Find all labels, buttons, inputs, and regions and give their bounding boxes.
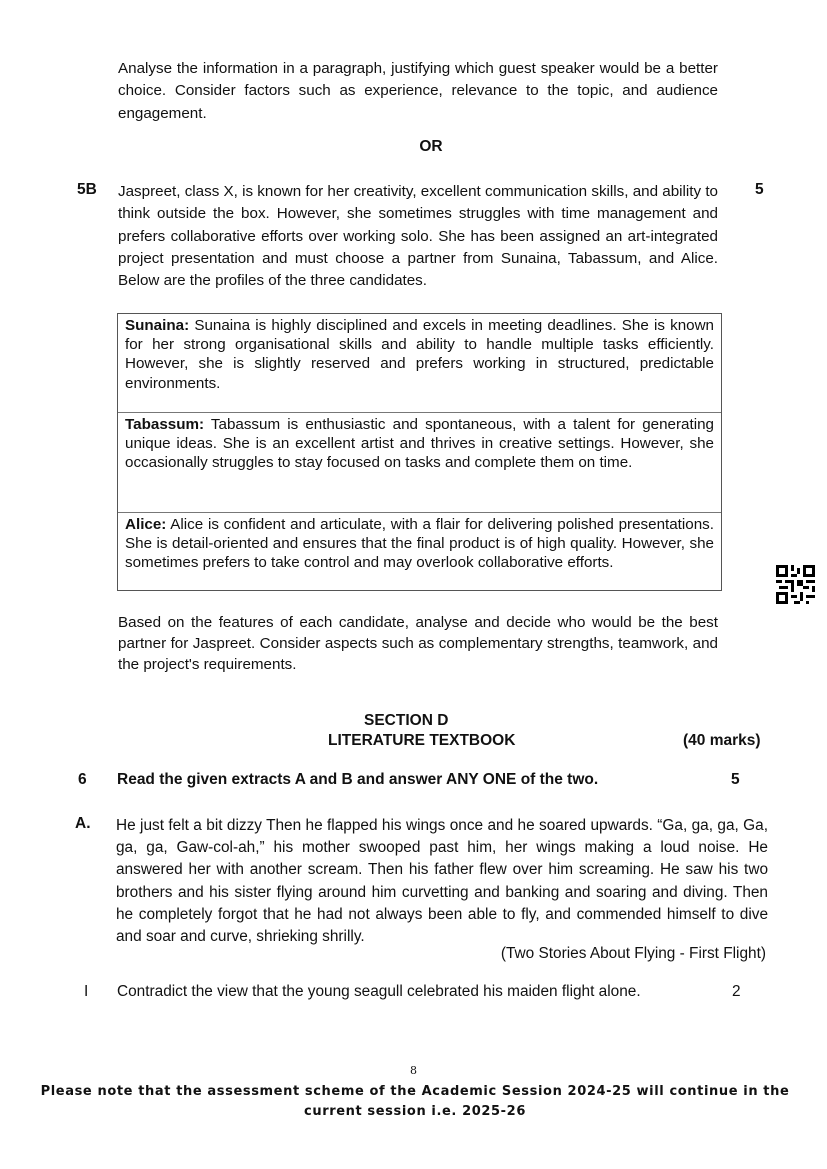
question-marks: 5 — [731, 771, 740, 789]
profile-tabassum: Tabassum: Tabassum is enthusiastic and s… — [118, 413, 721, 513]
profile-description: Tabassum is enthusiastic and spontaneous… — [125, 416, 714, 471]
extract-label: A. — [75, 815, 91, 833]
profile-description: Sunaina is highly disciplined and excels… — [125, 317, 714, 392]
or-separator: OR — [0, 138, 827, 156]
question-text: Jaspreet, class X, is known for her crea… — [118, 181, 718, 292]
extract-text: He just felt a bit dizzy Then he flapped… — [116, 815, 768, 948]
question-text: Read the given extracts A and B and answ… — [117, 771, 598, 789]
profile-sunaina: Sunaina: Sunaina is highly disciplined a… — [118, 314, 721, 413]
section-title: SECTION D — [364, 712, 448, 730]
page-number: 8 — [0, 1064, 827, 1077]
sub-question-number: I — [84, 983, 88, 1001]
extract-source: (Two Stories About Flying - First Flight… — [400, 945, 766, 963]
profile-alice: Alice: Alice is confident and articulate… — [118, 513, 721, 590]
question-conclusion: Based on the features of each candidate,… — [118, 612, 718, 675]
question-number: 6 — [78, 771, 87, 789]
sub-question-marks: 2 — [732, 983, 741, 1001]
profile-name: Tabassum: — [125, 416, 204, 433]
sub-question-text: Contradict the view that the young seagu… — [117, 983, 641, 1001]
intro-paragraph: Analyse the information in a paragraph, … — [118, 58, 718, 125]
question-number: 5B — [77, 181, 97, 199]
qr-code-icon[interactable] — [776, 565, 815, 604]
section-subtitle: LITERATURE TEXTBOOK — [328, 732, 515, 750]
section-marks: (40 marks) — [683, 732, 761, 750]
profile-description: Alice is confident and articulate, with … — [125, 516, 714, 571]
candidate-profiles-table: Sunaina: Sunaina is highly disciplined a… — [117, 313, 722, 591]
footer-note: Please note that the assessment scheme o… — [40, 1082, 790, 1122]
profile-name: Alice: — [125, 516, 166, 533]
question-marks: 5 — [755, 181, 764, 199]
profile-name: Sunaina: — [125, 317, 189, 334]
